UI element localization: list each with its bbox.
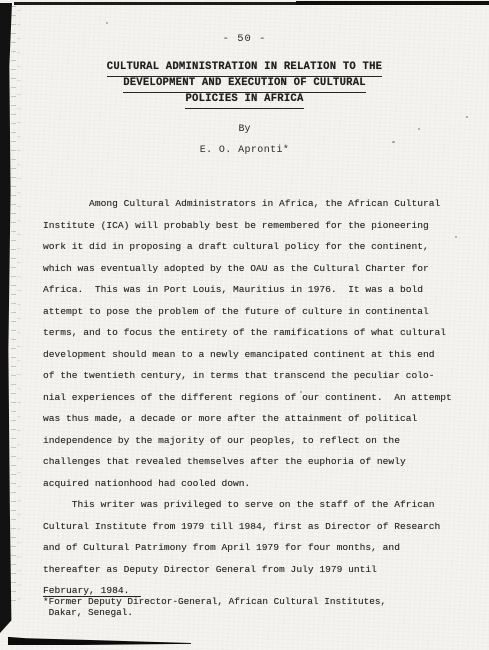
body-line: Africa. This was in Port Louis, Mauritiu…: [43, 279, 473, 301]
document-title: CULTURAL ADMINISTRATION IN RELATION TO T…: [0, 61, 489, 109]
scan-edge-artifact-top: [14, 2, 304, 5]
page-number: - 50 -: [0, 33, 489, 45]
author-name: E. O. Apronti*: [0, 145, 489, 156]
body-line: attempt to pose the problem of the futur…: [43, 301, 473, 323]
paragraph-1: Among Cultural Administrators in Africa,…: [43, 193, 473, 494]
body-line: development should mean to a newly emanc…: [43, 344, 473, 366]
body-line: of the twentieth century, in terms that …: [43, 365, 473, 387]
body-text: Among Cultural Administrators in Africa,…: [43, 193, 473, 602]
byline: By: [0, 124, 489, 135]
title-line: POLICIES IN AFRICA: [185, 93, 303, 109]
body-line: Institute (ICA) will probably best be re…: [43, 215, 473, 237]
body-line: independence by the majority of our peop…: [43, 430, 473, 452]
body-line: and of Cultural Patrimony from April 197…: [43, 537, 473, 559]
footnote-line: Dakar, Senegal.: [43, 607, 473, 618]
scan-edge-artifact-top-right: [296, 1, 489, 5]
body-line: Among Cultural Administrators in Africa,…: [43, 193, 473, 215]
body-line: nial experiences of the different region…: [43, 387, 473, 409]
body-line: work it did in proposing a draft cultura…: [43, 236, 473, 258]
body-line: which was eventually adopted by the OAU …: [43, 258, 473, 280]
scan-speck: [466, 116, 468, 118]
footnote: *Former Deputy Director-General, African…: [43, 596, 473, 618]
scan-speck: [392, 141, 395, 143]
paragraph-2: This writer was privileged to serve on t…: [43, 494, 473, 580]
title-line: DEVELOPMENT AND EXECUTION OF CULTURAL: [123, 77, 366, 93]
title-line: CULTURAL ADMINISTRATION IN RELATION TO T…: [107, 61, 382, 77]
body-line: This writer was privileged to serve on t…: [43, 494, 473, 516]
scan-speck: [106, 22, 108, 24]
body-line: acquired nationhood had cooled down.: [43, 473, 473, 495]
body-line: was thus made, a decade or more after th…: [43, 408, 473, 430]
body-line: Cultural Institute from 1979 till 1984, …: [43, 516, 473, 538]
footnote-line: *Former Deputy Director-General, African…: [43, 596, 473, 607]
body-line: thereafter as Deputy Director General fr…: [43, 559, 473, 581]
scan-artifact-bottom-bar: [8, 636, 191, 645]
scanned-document-page: - 50 - CULTURAL ADMINISTRATION IN RELATI…: [0, 0, 489, 650]
body-line: challenges that revealed themselves afte…: [43, 451, 473, 473]
body-line: terms, and to focus the entirety of the …: [43, 322, 473, 344]
